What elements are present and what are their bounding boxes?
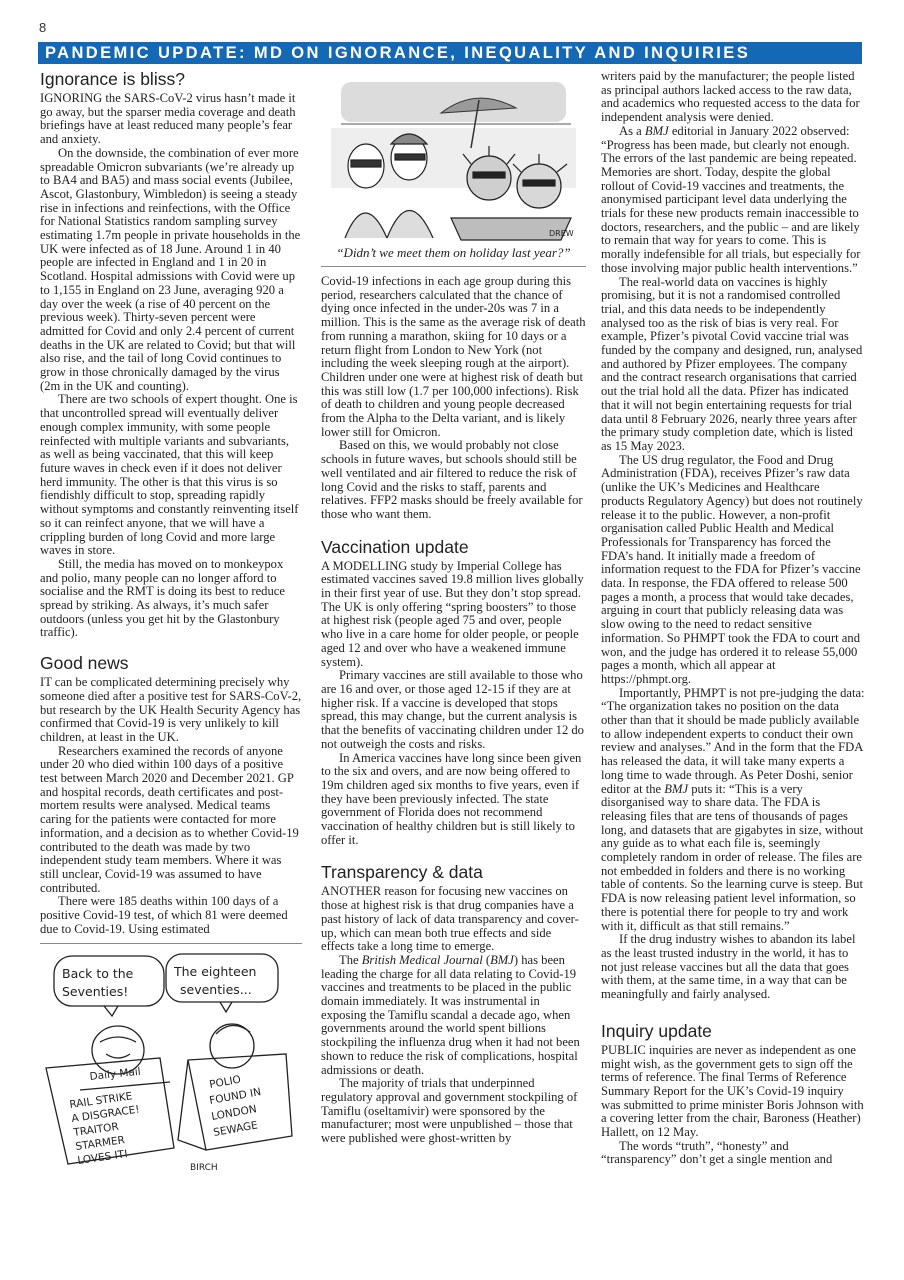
cartoon-caption: “Didn’t we meet them on holiday last yea… — [321, 245, 586, 261]
svg-text:DREW: DREW — [549, 229, 574, 238]
svg-text:Daily Mail: Daily Mail — [89, 1066, 141, 1083]
paragraph: ANOTHER reason for focusing new vaccines… — [321, 885, 586, 954]
paragraph: There are two schools of expert thought.… — [40, 393, 302, 557]
divider — [321, 266, 586, 267]
svg-text:seventies...: seventies... — [180, 982, 252, 997]
paragraph: IT can be complicated determining precis… — [40, 676, 302, 745]
paragraph: The words “truth”, “honesty” and “transp… — [601, 1140, 865, 1167]
paragraph: On the downside, the combination of ever… — [40, 147, 302, 394]
paragraph: If the drug industry wishes to abandon i… — [601, 933, 865, 1002]
section-heading-inquiry: Inquiry update — [601, 1020, 865, 1042]
svg-text:SEWAGE: SEWAGE — [212, 1120, 258, 1140]
paragraph: Based on this, we would probably not clo… — [321, 439, 586, 521]
svg-text:BIRCH: BIRCH — [190, 1163, 218, 1173]
divider — [40, 943, 302, 944]
section-heading-transparency: Transparency & data — [321, 861, 586, 883]
page-number: 8 — [39, 20, 46, 35]
paragraph: As a BMJ editorial in January 2022 obser… — [601, 125, 865, 276]
section-heading-vaccination: Vaccination update — [321, 536, 586, 558]
page-banner-title: PANDEMIC UPDATE: MD ON IGNORANCE, INEQUA… — [38, 42, 862, 64]
paragraph: The British Medical Journal (BMJ) has be… — [321, 954, 586, 1077]
column-2: DREW “Didn’t we meet them on holiday las… — [321, 68, 586, 1146]
paragraph: The majority of trials that underpinned … — [321, 1077, 586, 1146]
paragraph: Researchers examined the records of anyo… — [40, 745, 302, 896]
paragraph: Still, the media has moved on to monkeyp… — [40, 558, 302, 640]
svg-text:Seventies!: Seventies! — [62, 984, 128, 999]
paragraph: writers paid by the manufacturer; the pe… — [601, 70, 865, 125]
section-heading-good-news: Good news — [40, 652, 302, 674]
cartoon-beach-illustration: DREW — [321, 68, 586, 243]
svg-text:POLIO: POLIO — [208, 1074, 241, 1091]
cartoon-newspapers-illustration: Back to the Seventies! The eighteen seve… — [40, 950, 302, 1175]
column-1: Ignorance is bliss? IGNORING the SARS-Co… — [40, 68, 302, 1130]
svg-text:The eighteen: The eighteen — [173, 964, 256, 979]
paragraph: Covid-19 infections in each age group du… — [321, 275, 586, 439]
svg-text:Back to the: Back to the — [62, 966, 134, 981]
paragraph: IGNORING the SARS-CoV-2 virus hasn’t mad… — [40, 92, 302, 147]
paragraph: PUBLIC inquiries are never as independen… — [601, 1044, 865, 1140]
paragraph: Importantly, PHMPT is not pre-judging th… — [601, 687, 865, 934]
paragraph: The real-world data on vaccines is highl… — [601, 276, 865, 454]
cartoon-newspapers: Back to the Seventies! The eighteen seve… — [40, 950, 302, 1130]
column-3: writers paid by the manufacturer; the pe… — [601, 70, 865, 1167]
paragraph: A MODELLING study by Imperial College ha… — [321, 560, 586, 670]
paragraph: Primary vaccines are still available to … — [321, 669, 586, 751]
paragraph: The US drug regulator, the Food and Drug… — [601, 454, 865, 687]
cartoon-beach: DREW — [321, 68, 586, 243]
paragraph: In America vaccines have long since been… — [321, 752, 586, 848]
section-heading-ignorance: Ignorance is bliss? — [40, 68, 302, 90]
paragraph: There were 185 deaths within 100 days of… — [40, 895, 302, 936]
